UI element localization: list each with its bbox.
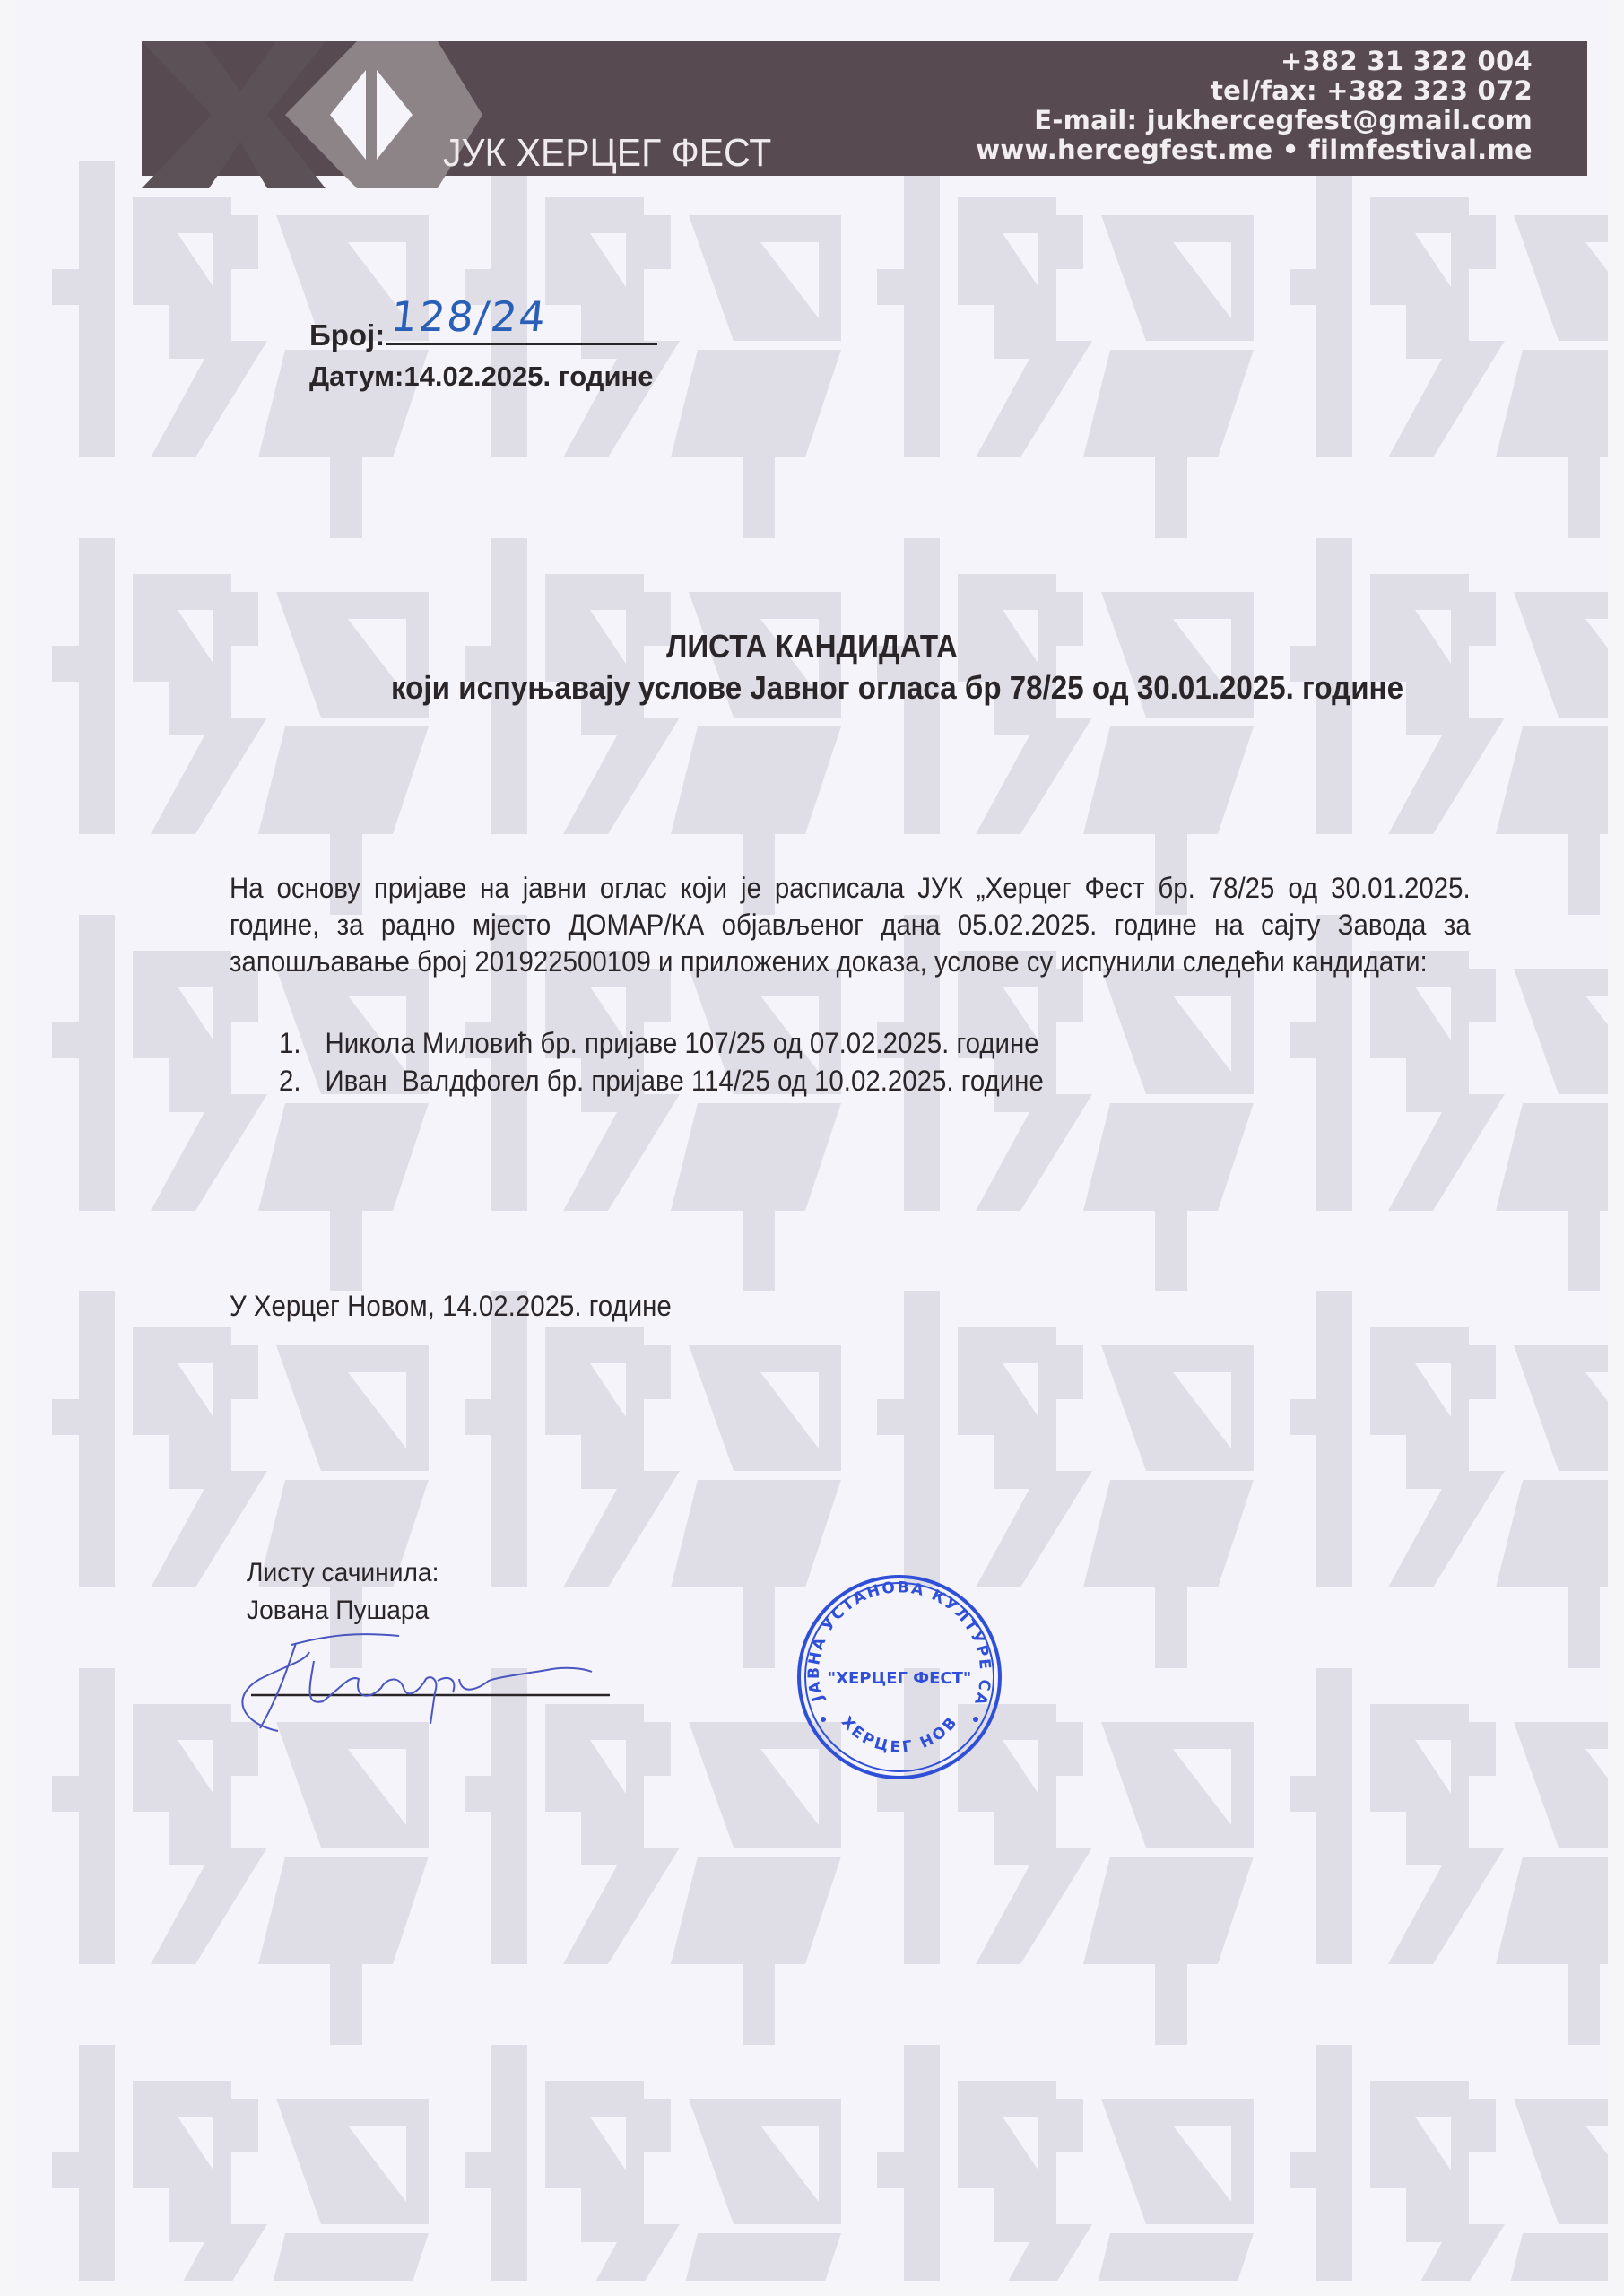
- signature: [224, 1625, 619, 1733]
- date-value: 14.02.2025. године: [404, 361, 653, 392]
- number-label: Број:: [309, 318, 385, 352]
- hf-logo-icon: [142, 36, 482, 188]
- official-stamp: ЈАВНА УСТАНОВА КУЛТУРЕ СА П.О. ХЕРЦЕГ НО…: [787, 1565, 1012, 1789]
- title-line-2: који испуњавају услове Јавног огласа бр …: [243, 667, 1550, 709]
- contact-info: +382 31 322 004 tel/fax: +382 323 072 E-…: [976, 47, 1533, 165]
- websites: www.hercegfest.me • filmfestival.me: [976, 135, 1533, 165]
- title-line-1: ЛИСТА КАНДИДАТА: [80, 626, 1544, 667]
- org-name: ЈУК ХЕРЦЕГ ФЕСТ: [443, 131, 771, 176]
- candidate-list: 1.Никола Миловић бр. пријаве 107/25 од 0…: [279, 1024, 1044, 1100]
- document-title: ЛИСТА КАНДИДАТА који испуњавају услове Ј…: [16, 626, 1608, 709]
- composed-by: Листу сачинила: Јована Пушара: [247, 1554, 439, 1630]
- place-date: У Херцег Новом, 14.02.2025. године: [230, 1290, 672, 1323]
- reference-date: Датум:14.02.2025. године: [309, 361, 653, 393]
- phone-number: +382 31 322 004: [976, 47, 1533, 76]
- list-item: 1.Никола Миловић бр. пријаве 107/25 од 0…: [279, 1024, 1044, 1062]
- handwritten-number: 128/24: [388, 292, 550, 341]
- list-item: 2.Иван Валдфогел бр. пријаве 114/25 од 1…: [279, 1062, 1044, 1100]
- composed-by-name: Јована Пушара: [247, 1592, 439, 1630]
- svg-text:"ХЕРЦЕГ ФЕСТ": "ХЕРЦЕГ ФЕСТ": [828, 1669, 972, 1688]
- tel-fax: tel/fax: +382 323 072: [976, 76, 1533, 106]
- date-label: Датум:: [309, 361, 404, 392]
- document-page: ЈУК ХЕРЦЕГ ФЕСТ +382 31 322 004 tel/fax:…: [16, 0, 1608, 2281]
- email: E-mail: jukhercegfest@gmail.com: [976, 106, 1533, 135]
- body-paragraph: На основу пријаве на јавни оглас који је…: [230, 870, 1471, 980]
- candidate-text: Иван Валдфогел бр. пријаве 114/25 од 10.…: [326, 1065, 1044, 1097]
- composed-by-label: Листу сачинила:: [247, 1554, 439, 1592]
- candidate-text: Никола Миловић бр. пријаве 107/25 од 07.…: [326, 1027, 1039, 1059]
- watermark-pattern: [16, 0, 1608, 2281]
